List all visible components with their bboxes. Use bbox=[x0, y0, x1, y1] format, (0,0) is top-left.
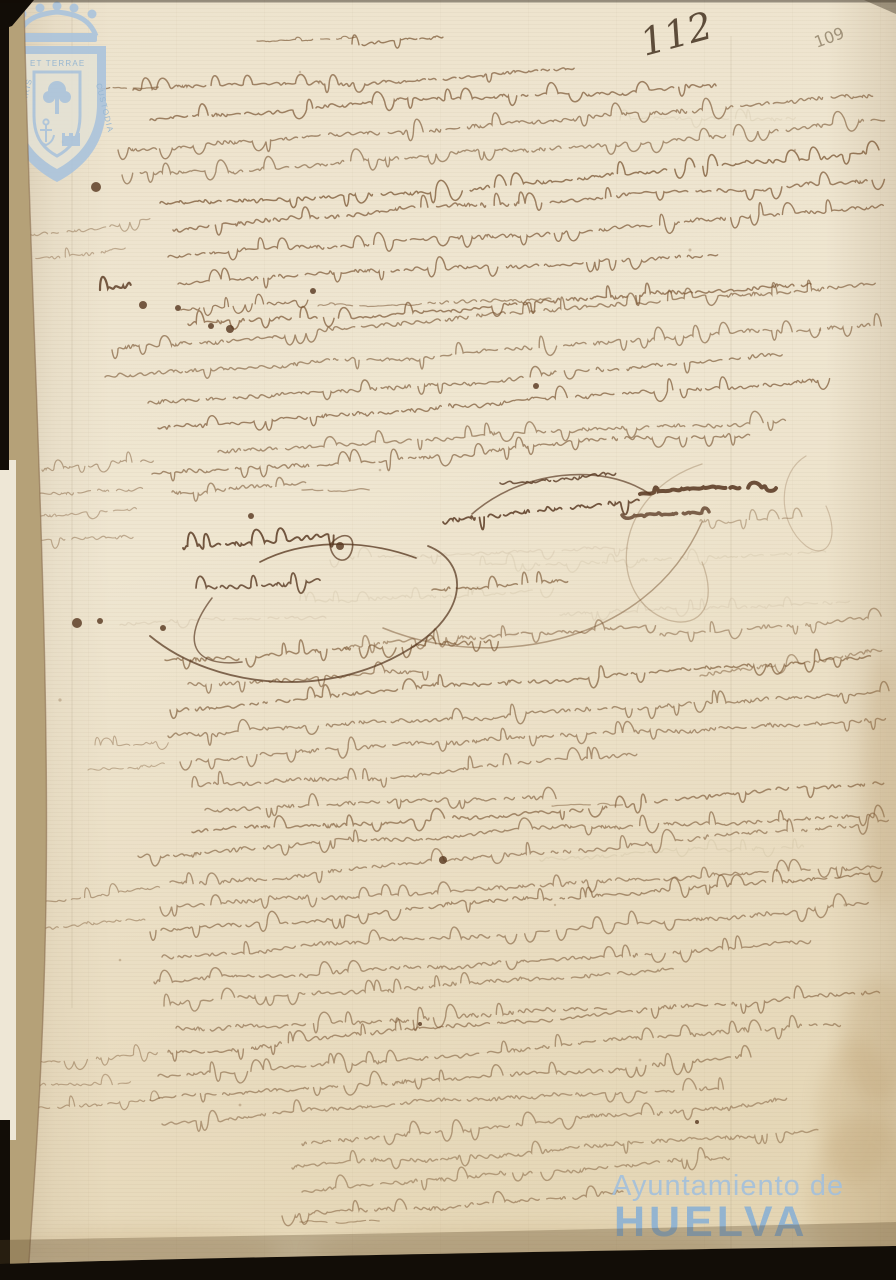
manuscript-scan: 112 109 PORTUS MARIS ET TERRAE CUSTODIA … bbox=[0, 0, 896, 1280]
page-sheet bbox=[0, 0, 896, 1280]
watermark-city-text: HUELVA bbox=[614, 1198, 808, 1247]
